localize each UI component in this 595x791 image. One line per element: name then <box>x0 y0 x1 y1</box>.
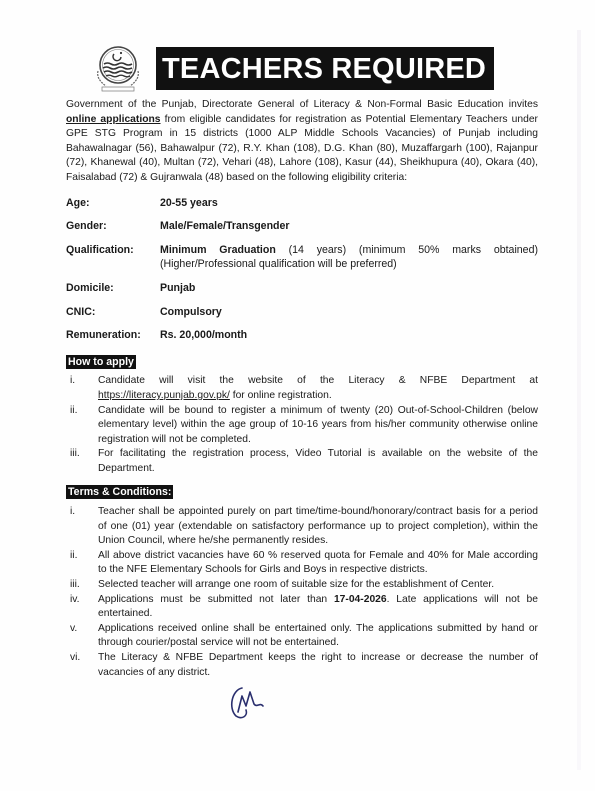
criteria-row-qualification: Qualification: Minimum Graduation (14 ye… <box>66 243 538 272</box>
criteria-row-age: Age: 20-55 years <box>66 196 538 211</box>
criteria-row-cnic: CNIC: Compulsory <box>66 305 538 320</box>
online-applications-highlight: online applications <box>66 114 161 125</box>
signature-icon <box>226 682 286 722</box>
how-to-apply-heading: How to apply <box>66 355 136 369</box>
intro-text: Government of the Punjab, Directorate Ge… <box>66 99 538 110</box>
criteria-row-remuneration: Remuneration: Rs. 20,000/month <box>66 328 538 343</box>
criteria-label: Remuneration: <box>66 328 160 343</box>
deadline-date: 17-04-2026 <box>334 594 387 605</box>
list-item: iii. For facilitating the registration p… <box>66 447 538 476</box>
list-number: iii. <box>66 447 98 476</box>
list-number: ii. <box>66 404 98 448</box>
content: Government of the Punjab, Directorate Ge… <box>66 98 538 686</box>
criteria-label: Gender: <box>66 219 160 234</box>
list-number: vi. <box>66 651 98 680</box>
criteria-value-main: Minimum Graduation <box>160 244 276 256</box>
list-item: ii. All above district vacancies have 60… <box>66 549 538 578</box>
criteria-label: Domicile: <box>66 281 160 296</box>
list-text: Applications must be submitted not later… <box>98 593 538 622</box>
list-number: ii. <box>66 549 98 578</box>
list-item: i. Teacher shall be appointed purely on … <box>66 505 538 549</box>
list-text: Candidate will visit the website of the … <box>98 374 538 403</box>
list-text: For facilitating the registration proces… <box>98 447 538 476</box>
criteria-value: 20-55 years <box>160 196 538 211</box>
criteria-value: Rs. 20,000/month <box>160 328 538 343</box>
eligibility-criteria: Age: 20-55 years Gender: Male/Female/Tra… <box>66 196 538 343</box>
list-number: iii. <box>66 578 98 593</box>
list-item: ii. Candidate will be bound to register … <box>66 404 538 448</box>
list-text: Applications received online shall be en… <box>98 622 538 651</box>
list-text: Candidate will be bound to register a mi… <box>98 404 538 448</box>
page-title: TEACHERS REQUIRED <box>156 47 494 90</box>
criteria-label: CNIC: <box>66 305 160 320</box>
list-item: iii. Selected teacher will arrange one r… <box>66 578 538 593</box>
how-to-apply-list: i. Candidate will visit the website of t… <box>66 374 538 476</box>
intro-paragraph: Government of the Punjab, Directorate Ge… <box>66 98 538 186</box>
list-item: v. Applications received online shall be… <box>66 622 538 651</box>
list-text: Teacher shall be appointed purely on par… <box>98 505 538 549</box>
criteria-row-domicile: Domicile: Punjab <box>66 281 538 296</box>
header: TEACHERS REQUIRED <box>92 40 494 96</box>
list-item: iv. Applications must be submitted not l… <box>66 593 538 622</box>
list-item: i. Candidate will visit the website of t… <box>66 374 538 403</box>
list-text-part: Candidate will visit the website of the … <box>98 375 538 386</box>
criteria-label: Age: <box>66 196 160 211</box>
list-text: All above district vacancies have 60 % r… <box>98 549 538 578</box>
list-number: iv. <box>66 593 98 622</box>
list-item: vi. The Literacy & NFBE Department keeps… <box>66 651 538 680</box>
criteria-row-gender: Gender: Male/Female/Transgender <box>66 219 538 234</box>
advertisement-page: TEACHERS REQUIRED Government of the Punj… <box>0 0 595 791</box>
criteria-label: Qualification: <box>66 243 160 272</box>
terms-list: i. Teacher shall be appointed purely on … <box>66 505 538 680</box>
list-number: i. <box>66 505 98 549</box>
list-text: Selected teacher will arrange one room o… <box>98 578 538 593</box>
page-edge-shadow <box>577 30 581 770</box>
list-number: v. <box>66 622 98 651</box>
literacy-website-link[interactable]: https://literacy.punjab.gov.pk/ <box>98 390 230 401</box>
criteria-value: Compulsory <box>160 305 538 320</box>
criteria-value: Punjab <box>160 281 538 296</box>
list-number: i. <box>66 374 98 403</box>
list-text-part: Applications must be submitted not later… <box>98 594 334 605</box>
list-text-part: for online registration. <box>230 390 332 401</box>
criteria-value: Minimum Graduation (14 years) (minimum 5… <box>160 243 538 272</box>
list-text: The Literacy & NFBE Department keeps the… <box>98 651 538 680</box>
terms-heading: Terms & Conditions: <box>66 485 173 499</box>
punjab-emblem-icon <box>92 41 144 95</box>
criteria-value: Male/Female/Transgender <box>160 219 538 234</box>
